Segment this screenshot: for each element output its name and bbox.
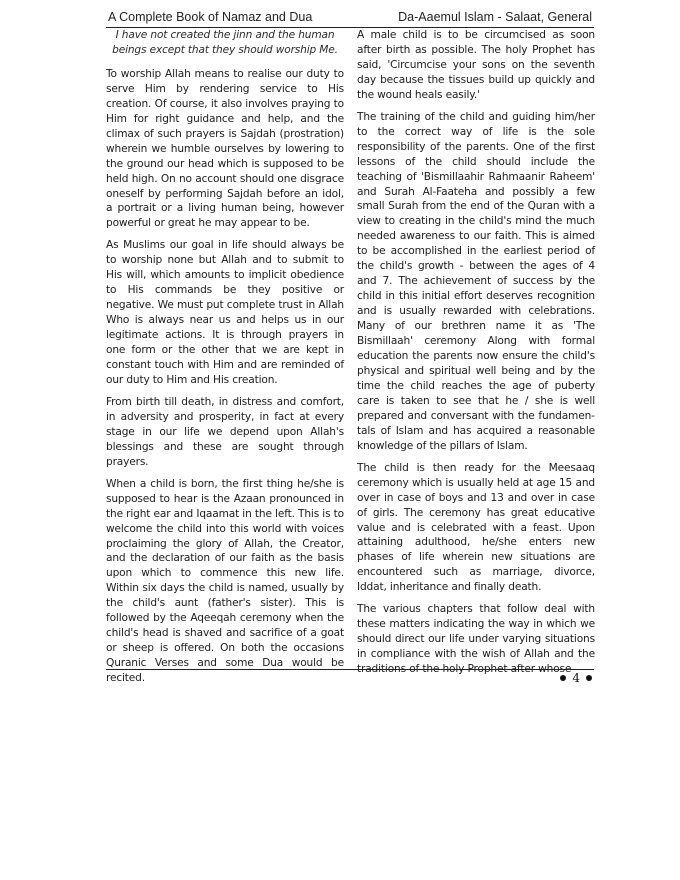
section-title: Da-Aaemul Islam - Salaat, General xyxy=(398,10,592,24)
quranic-quote: I have not created the jinn and the huma… xyxy=(106,28,344,58)
running-header: A Complete Book of Namaz and Dua Da-Aaem… xyxy=(106,9,594,28)
document-page: A Complete Book of Namaz and Dua Da-Aaem… xyxy=(0,0,680,880)
footer-divider xyxy=(106,669,594,670)
bullet-icon xyxy=(586,675,592,681)
right-column: A male child is to be circumcised as soo… xyxy=(357,28,595,684)
book-title: A Complete Book of Namaz and Dua xyxy=(108,10,312,24)
paragraph: The training of the child and guiding hi… xyxy=(357,110,595,454)
paragraph: As Muslims our goal in life should alway… xyxy=(106,238,344,388)
page-number-text: 4 xyxy=(572,671,580,685)
paragraph: From birth till death, in distress and c… xyxy=(106,395,344,470)
paragraph: To worship Allah means to realise our du… xyxy=(106,67,344,231)
left-column: I have not created the jinn and the huma… xyxy=(106,28,344,693)
paragraph: When a child is born, the first thing he… xyxy=(106,477,344,686)
page-number: 4 xyxy=(560,671,592,685)
paragraph: The various chapters that follow deal wi… xyxy=(357,602,595,677)
bullet-icon xyxy=(560,675,566,681)
paragraph: A male child is to be circumcised as soo… xyxy=(357,28,595,103)
paragraph: The child is then ready for the Meesaaq … xyxy=(357,461,595,596)
